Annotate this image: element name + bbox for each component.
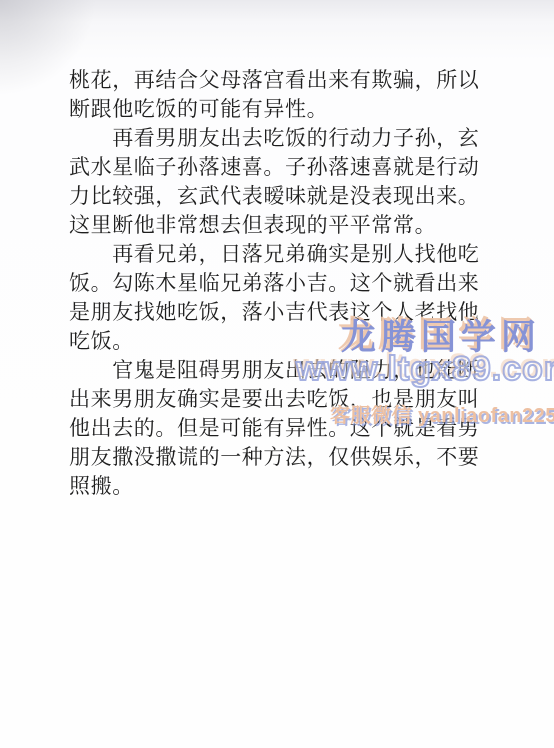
document-page: 桃花，再结合父母落宫看出来有欺骗，所以断跟他吃饭的可能有异性。 再看男朋友出去吃…: [0, 0, 554, 748]
text-line: 力比较强，玄武代表暧味就是没表现出来。: [69, 182, 511, 211]
text-line: 这里断他非常想去但表现的平平常常。: [69, 211, 511, 240]
text-line: 他出去的。但是可能有异性。这个就是看男: [69, 414, 511, 443]
text-line: 出来男朋友确实是要出去吃饭，也是朋友叫: [69, 385, 511, 414]
text-line: 再看男朋友出去吃饭的行动力子孙，玄: [69, 124, 511, 153]
text-line: 桃花，再结合父母落宫看出来有欺骗，所以: [69, 66, 511, 95]
text-line: 朋友撒没撒谎的一种方法，仅供娱乐，不要: [69, 443, 511, 472]
text-line: 武水星临子孙落速喜。子孙落速喜就是行动: [69, 153, 511, 182]
text-line: 饭。勾陈木星临兄弟落小吉。这个就看出来: [69, 269, 511, 298]
text-line: 官鬼是阻碍男朋友出去的阻力，也能断: [69, 356, 511, 385]
text-line: 再看兄弟，日落兄弟确实是别人找他吃: [69, 240, 511, 269]
body-text: 桃花，再结合父母落宫看出来有欺骗，所以断跟他吃饭的可能有异性。 再看男朋友出去吃…: [69, 66, 511, 501]
text-line: 吃饭。: [69, 327, 511, 356]
text-line: 是朋友找她吃饭，落小吉代表这个人老找他: [69, 298, 511, 327]
text-line: 照搬。: [69, 472, 511, 501]
text-line: 断跟他吃饭的可能有异性。: [69, 95, 511, 124]
